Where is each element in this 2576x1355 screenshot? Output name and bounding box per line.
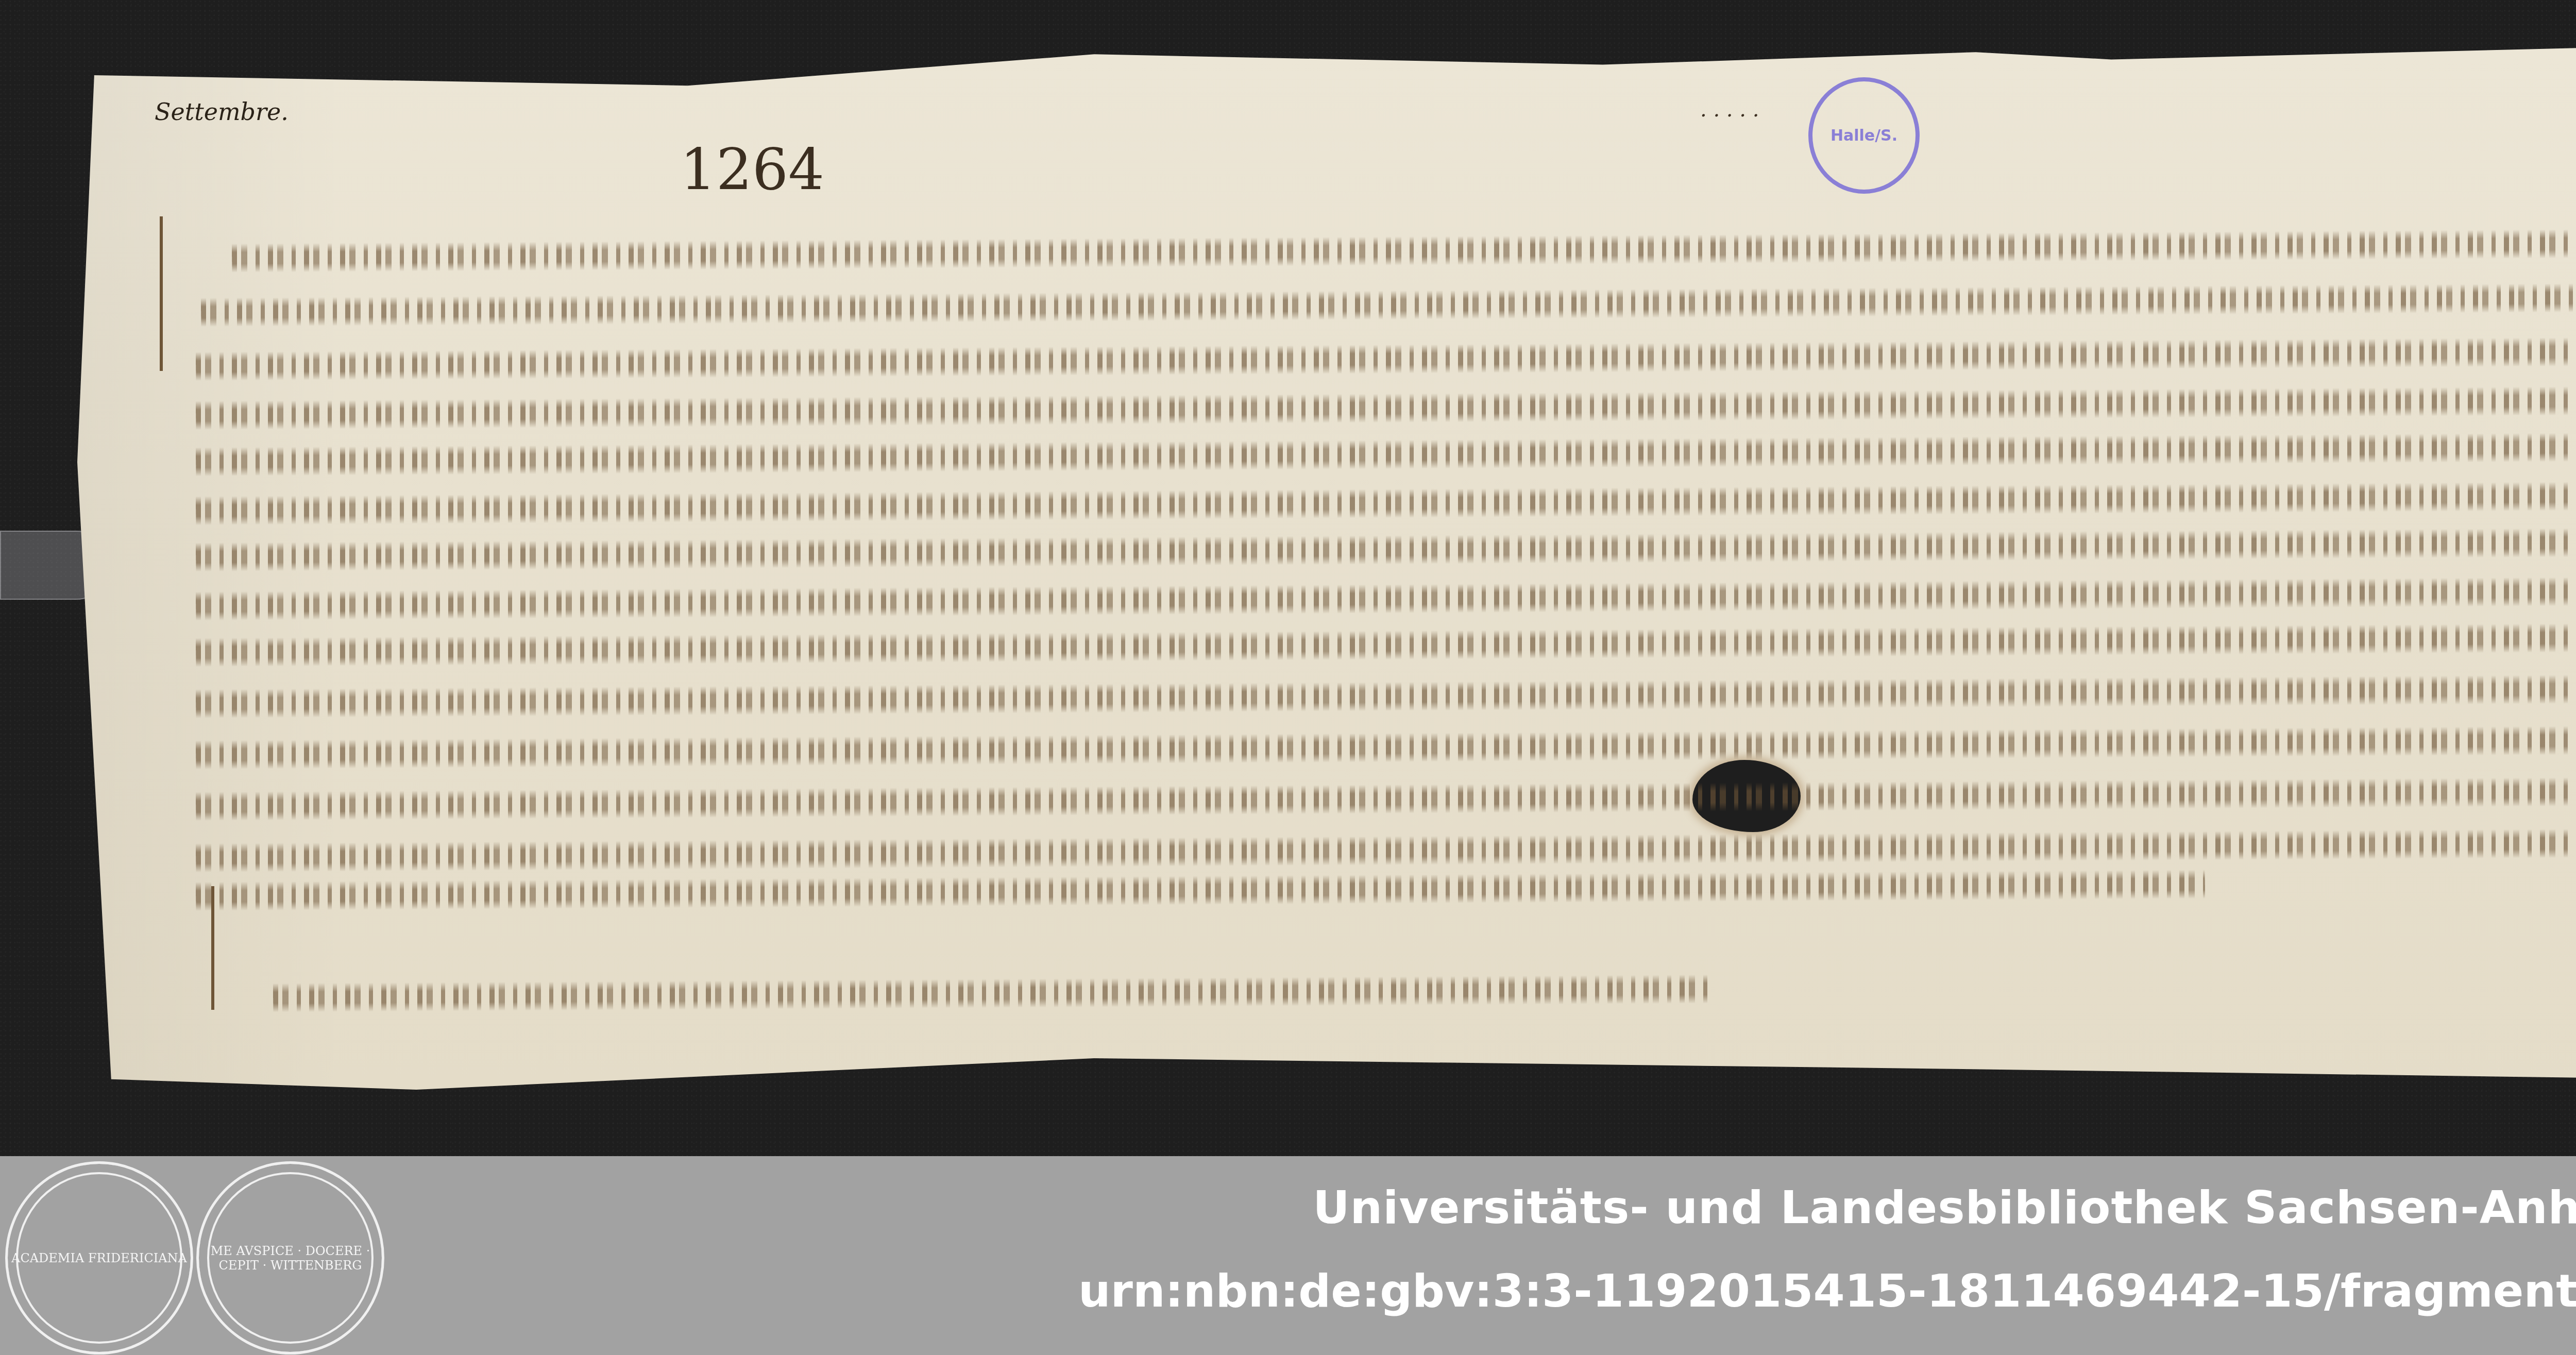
marginal-dots: . . . . . [1700, 98, 1759, 122]
notarial-signum-top [160, 216, 194, 371]
year-annotation: 1264 [680, 137, 824, 202]
stamp-center-text: Halle/S. [1831, 127, 1897, 145]
scan-viewport: Settembre. 1264 26. Morbio 12 (26) . . .… [0, 0, 2576, 1156]
library-stamp-violet: Halle/S. [1808, 77, 1920, 194]
urn-identifier[interactable]: urn:nbn:de:gbv:3:3-1192015415-1811469442… [0, 1264, 2576, 1317]
institution-name: Universitäts- und Landesbibliothek Sachs… [0, 1181, 2576, 1234]
library-footer-bar: ACADEMIA FRIDERICIANA ME AVSPICE · DOCER… [0, 1156, 2576, 1355]
seal-left-text: ACADEMIA FRIDERICIANA [11, 1251, 187, 1265]
month-annotation: Settembre. [155, 98, 289, 126]
